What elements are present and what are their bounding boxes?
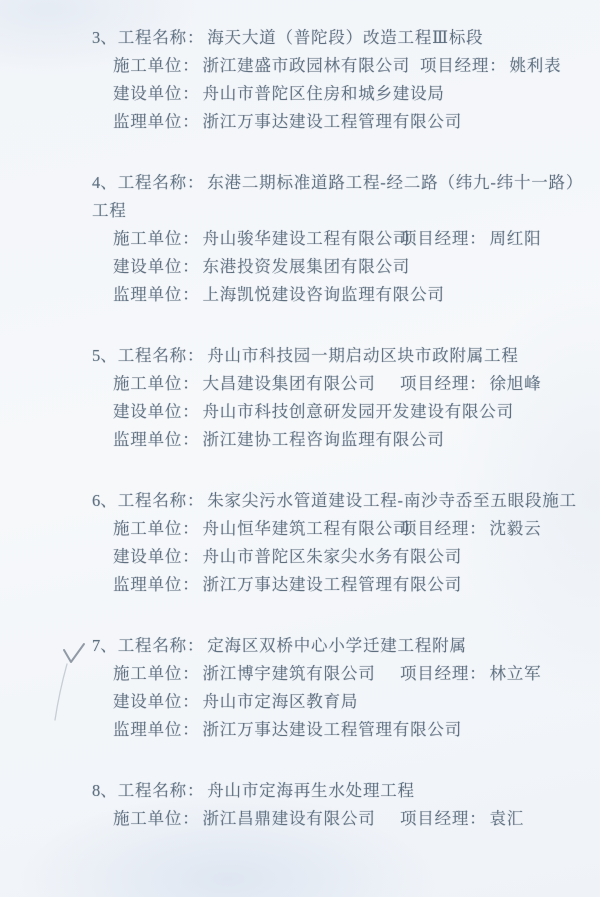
owner-value: 东港投资发展集团有限公司: [203, 257, 411, 276]
owner-value: 舟山市科技创意研发园开发建设有限公司: [203, 402, 514, 421]
project-entry: 8、工程名称：舟山市定海再生水处理工程 施工单位：浙江昌鼎建设有限公司 项目经理…: [0, 777, 600, 833]
project-name-value: 海天大道（普陀段）改造工程Ⅲ标段: [207, 28, 483, 47]
project-manager: 项目经理：袁汇: [400, 805, 524, 833]
item-number: 8、: [92, 781, 117, 800]
supervisor-label: 监理单位：: [113, 430, 200, 449]
owner-label: 建设单位：: [113, 692, 200, 711]
owner-line: 建设单位：舟山市普陀区朱家尖水务有限公司: [0, 543, 600, 571]
project-name-line: 6、工程名称：朱家尖污水管道建设工程-南沙寺岙至五眼段施工: [0, 487, 600, 515]
manager-label: 项目经理：: [400, 664, 487, 683]
owner-label: 建设单位：: [113, 257, 200, 276]
project-name-label: 工程名称：: [118, 781, 205, 800]
manager-label: 项目经理：: [400, 809, 487, 828]
manager-label: 项目经理：: [400, 374, 487, 393]
manager-value: 姚利表: [510, 56, 562, 75]
manager-label: 项目经理：: [420, 56, 507, 75]
owner-value: 舟山市普陀区朱家尖水务有限公司: [203, 547, 463, 566]
project-entry: 7、工程名称：定海区双桥中心小学迁建工程附属 施工单位：浙江博宇建筑有限公司 项…: [0, 632, 600, 744]
contractor-line: 施工单位：大昌建设集团有限公司 项目经理：徐旭峰: [0, 370, 600, 398]
supervisor-value: 上海凯悦建设咨询监理有限公司: [203, 285, 445, 304]
project-manager: 项目经理：沈毅云: [400, 515, 541, 543]
manager-value: 林立军: [490, 664, 542, 683]
contractor-value: 浙江博宇建筑有限公司: [203, 664, 376, 683]
project-manager: 项目经理：林立军: [400, 660, 541, 688]
owner-label: 建设单位：: [113, 402, 200, 421]
owner-label: 建设单位：: [113, 84, 200, 103]
contractor-line: 施工单位：浙江昌鼎建设有限公司 项目经理：袁汇: [0, 805, 600, 833]
project-name-label: 工程名称：: [118, 636, 205, 655]
manager-value: 袁汇: [490, 809, 525, 828]
project-entry: 6、工程名称：朱家尖污水管道建设工程-南沙寺岙至五眼段施工 施工单位：舟山恒华建…: [0, 487, 600, 599]
owner-line: 建设单位：舟山市普陀区住房和城乡建设局: [0, 80, 600, 108]
owner-label: 建设单位：: [113, 547, 200, 566]
supervisor-value: 浙江万事达建设工程管理有限公司: [203, 575, 463, 594]
project-name-line: 8、工程名称：舟山市定海再生水处理工程: [0, 777, 600, 805]
supervisor-line: 监理单位：浙江万事达建设工程管理有限公司: [0, 571, 600, 599]
owner-line: 建设单位：舟山市科技创意研发园开发建设有限公司: [0, 398, 600, 426]
supervisor-value: 浙江万事达建设工程管理有限公司: [203, 720, 463, 739]
owner-line: 建设单位：舟山市定海区教育局: [0, 688, 600, 716]
project-name-label: 工程名称：: [118, 491, 205, 510]
owner-value: 舟山市普陀区住房和城乡建设局: [203, 84, 445, 103]
item-number: 3、: [92, 28, 117, 47]
project-name-line: 3、工程名称：海天大道（普陀段）改造工程Ⅲ标段: [0, 24, 600, 52]
project-name-label: 工程名称：: [118, 28, 205, 47]
supervisor-value: 浙江建协工程咨询监理有限公司: [203, 430, 445, 449]
project-entry: 3、工程名称：海天大道（普陀段）改造工程Ⅲ标段 施工单位：浙江建盛市政园林有限公…: [0, 24, 600, 136]
contractor-value: 舟山恒华建筑工程有限公司: [203, 519, 411, 538]
manager-label: 项目经理：: [400, 519, 487, 538]
project-manager: 项目经理：姚利表: [420, 52, 561, 80]
contractor-label: 施工单位：: [113, 809, 200, 828]
project-name-value: 舟山市科技园一期启动区块市政附属工程: [207, 346, 518, 365]
project-name-label: 工程名称：: [118, 173, 205, 192]
project-manager: 项目经理：徐旭峰: [400, 370, 541, 398]
project-name-value: 朱家尖污水管道建设工程-南沙寺岙至五眼段施工: [207, 491, 577, 510]
project-name-line: 7、工程名称：定海区双桥中心小学迁建工程附属: [0, 632, 600, 660]
contractor-value: 浙江昌鼎建设有限公司: [203, 809, 376, 828]
contractor-label: 施工单位：: [113, 664, 200, 683]
contractor-label: 施工单位：: [113, 56, 200, 75]
contractor-value: 舟山骏华建设工程有限公司: [203, 229, 411, 248]
supervisor-label: 监理单位：: [113, 575, 200, 594]
manager-value: 沈毅云: [490, 519, 542, 538]
project-name-line: 5、工程名称：舟山市科技园一期启动区块市政附属工程: [0, 342, 600, 370]
contractor-label: 施工单位：: [113, 519, 200, 538]
supervisor-line: 监理单位：浙江万事达建设工程管理有限公司: [0, 716, 600, 744]
project-name-value: 定海区双桥中心小学迁建工程附属: [207, 636, 467, 655]
contractor-line: 施工单位：浙江建盛市政园林有限公司 项目经理：姚利表: [0, 52, 600, 80]
item-number: 5、: [92, 346, 117, 365]
supervisor-line: 监理单位：浙江万事达建设工程管理有限公司: [0, 108, 600, 136]
supervisor-line: 监理单位：浙江建协工程咨询监理有限公司: [0, 426, 600, 454]
contractor-label: 施工单位：: [113, 374, 200, 393]
supervisor-label: 监理单位：: [113, 285, 200, 304]
supervisor-label: 监理单位：: [113, 112, 200, 131]
project-entry: 5、工程名称：舟山市科技园一期启动区块市政附属工程 施工单位：大昌建设集团有限公…: [0, 342, 600, 454]
contractor-value: 大昌建设集团有限公司: [203, 374, 376, 393]
contractor-line: 施工单位：舟山骏华建设工程有限公司 项目经理：周红阳: [0, 225, 600, 253]
item-number: 7、: [92, 636, 117, 655]
supervisor-line: 监理单位：上海凯悦建设咨询监理有限公司: [0, 281, 600, 309]
scanned-document-page: 3、工程名称：海天大道（普陀段）改造工程Ⅲ标段 施工单位：浙江建盛市政园林有限公…: [0, 0, 600, 897]
owner-line: 建设单位：东港投资发展集团有限公司: [0, 253, 600, 281]
manager-value: 徐旭峰: [490, 374, 542, 393]
contractor-line: 施工单位：浙江博宇建筑有限公司 项目经理：林立军: [0, 660, 600, 688]
project-manager: 项目经理：周红阳: [400, 225, 541, 253]
contractor-line: 施工单位：舟山恒华建筑工程有限公司 项目经理：沈毅云: [0, 515, 600, 543]
supervisor-label: 监理单位：: [113, 720, 200, 739]
manager-value: 周红阳: [490, 229, 542, 248]
item-number: 4、: [92, 173, 117, 192]
contractor-label: 施工单位：: [113, 229, 200, 248]
manager-label: 项目经理：: [400, 229, 487, 248]
contractor-value: 浙江建盛市政园林有限公司: [203, 56, 411, 75]
project-name-label: 工程名称：: [118, 346, 205, 365]
project-name-line: 4、工程名称：东港二期标准道路工程-经二路（纬九-纬十一路）工程: [0, 169, 600, 225]
item-number: 6、: [92, 491, 117, 510]
owner-value: 舟山市定海区教育局: [203, 692, 359, 711]
project-entry: 4、工程名称：东港二期标准道路工程-经二路（纬九-纬十一路）工程 施工单位：舟山…: [0, 169, 600, 309]
supervisor-value: 浙江万事达建设工程管理有限公司: [203, 112, 463, 131]
project-name-value: 舟山市定海再生水处理工程: [207, 781, 415, 800]
